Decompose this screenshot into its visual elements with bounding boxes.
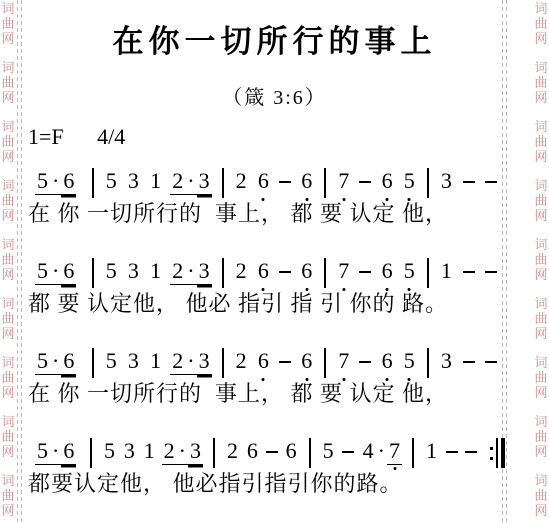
beamed-group: 2·3 xyxy=(170,171,211,195)
watermark-char: 网 xyxy=(534,32,547,45)
watermark-char: 曲 xyxy=(1,194,14,207)
measure: 3 xyxy=(432,351,505,375)
music-note: 3 xyxy=(197,261,212,285)
low-octave-dot xyxy=(393,467,396,470)
music-line: 5·65312·326654·71 xyxy=(28,433,505,465)
left-dashed-border-outer xyxy=(17,0,18,524)
low-octave-dot xyxy=(386,378,389,381)
measure: 1 xyxy=(432,261,505,285)
system: 5·65312·32667653在 你 一切所行的 事上， 都 要 认定 他， xyxy=(28,343,505,433)
watermark-char: 曲 xyxy=(1,430,14,443)
watermark-char: 曲 xyxy=(1,17,14,30)
watermark-char: 曲 xyxy=(1,371,14,384)
low-octave-dot xyxy=(262,198,265,201)
music-note: 5 xyxy=(35,351,50,375)
music-note: 5 xyxy=(402,261,417,285)
watermark-char: 词 xyxy=(534,415,547,428)
music-note: 5 xyxy=(35,441,50,465)
watermark-char: 曲 xyxy=(1,253,14,266)
systems: 5·65312·32667653在 你 一切所行的 事上， 都 要 认定 他，5… xyxy=(28,163,505,523)
barline xyxy=(222,348,224,378)
low-octave-dot xyxy=(386,288,389,291)
music-note: 5 xyxy=(102,441,117,465)
music-note: 1 xyxy=(439,261,454,285)
watermark-char: 网 xyxy=(534,504,547,517)
thin-barline xyxy=(496,438,498,468)
thick-barline xyxy=(501,438,505,468)
music-note: 1 xyxy=(148,171,163,195)
low-octave-dot xyxy=(342,198,345,201)
song-title: 在你一切所行的事上 xyxy=(0,16,549,61)
music-note: 6 xyxy=(61,441,76,465)
barline xyxy=(222,258,224,288)
measure: 765 xyxy=(329,171,424,195)
music-note: 6 xyxy=(61,171,76,195)
music-line: 5·65312·32667653 xyxy=(28,163,505,195)
barline xyxy=(92,348,94,378)
key-time-row: 1=F 4/4 xyxy=(28,124,549,150)
music-note: 2 xyxy=(170,171,185,195)
watermark-char: 词 xyxy=(1,2,14,15)
music-note: 6 xyxy=(299,351,314,375)
low-octave-dot xyxy=(305,198,308,201)
watermark-char: 词 xyxy=(534,356,547,369)
left-dashed-border-inner xyxy=(21,0,22,524)
repeat-dots xyxy=(490,447,493,460)
low-octave-dot xyxy=(408,378,411,381)
right-dashed-border-outer xyxy=(506,0,507,524)
music-note: 6 xyxy=(61,351,76,375)
repeat-end-barline xyxy=(490,438,505,468)
watermark-char: 网 xyxy=(1,209,14,222)
sustain-dash xyxy=(484,351,498,375)
music-note: 6 xyxy=(256,351,271,375)
rhythm-dot: · xyxy=(177,441,188,465)
music-note: 5 xyxy=(321,441,336,465)
barline xyxy=(427,348,429,378)
rhythm-dot: · xyxy=(185,351,196,375)
music-note: 3 xyxy=(126,261,141,285)
music-note: 7 xyxy=(387,441,402,465)
music-note: 6 xyxy=(380,261,395,285)
sustain-dash xyxy=(462,171,476,195)
measure: 5312·3 xyxy=(97,171,219,195)
beamed-group: 2·3 xyxy=(162,441,203,465)
watermark-char: 曲 xyxy=(534,489,547,502)
measure: 266 xyxy=(227,261,322,285)
music-note: 5 xyxy=(104,171,119,195)
watermark-char: 词 xyxy=(1,238,14,251)
barline xyxy=(92,258,94,288)
measure: 765 xyxy=(329,261,424,285)
lyric-line: 在 你 一切所行的 事上， 都 要 认定 他， xyxy=(28,202,505,226)
watermark-char: 曲 xyxy=(534,76,547,89)
music-note: 7 xyxy=(336,171,351,195)
measure: 1 xyxy=(417,441,485,465)
watermark-char: 曲 xyxy=(1,312,14,325)
music-note: 6 xyxy=(380,171,395,195)
low-octave-dot xyxy=(342,378,345,381)
measure: 54·7 xyxy=(314,441,409,465)
watermark-char: 网 xyxy=(534,268,547,281)
music-note: 1 xyxy=(148,351,163,375)
system: 5·65312·326654·71都要认定他， 他必指引指引你的路。 xyxy=(28,433,505,523)
measure: 266 xyxy=(227,351,322,375)
watermark-char: 词 xyxy=(1,297,14,310)
barline xyxy=(324,258,326,288)
sustain-dash xyxy=(464,441,478,465)
watermark-char: 词 xyxy=(534,2,547,15)
music-note: 6 xyxy=(61,261,76,285)
music-note: 7 xyxy=(336,261,351,285)
beamed-group: 4·7 xyxy=(361,441,402,465)
music-note: 1 xyxy=(148,261,163,285)
music-note: 2 xyxy=(162,441,177,465)
watermark-char: 网 xyxy=(1,386,14,399)
music-note: 5 xyxy=(104,351,119,375)
watermark-char: 网 xyxy=(534,327,547,340)
beamed-group: 5·6 xyxy=(35,171,76,195)
watermark-char: 曲 xyxy=(534,430,547,443)
measure: 266 xyxy=(218,441,306,465)
lyric-line: 都 要 认定他， 他必 指引 指 引 你的 路。 xyxy=(28,292,505,316)
sheet-music-page: 词曲网词曲网词曲网词曲网词曲网词曲网词曲网词曲网词曲网 词曲网词曲网词曲网词曲网… xyxy=(0,0,549,524)
music-note: 4 xyxy=(361,441,376,465)
music-note: 3 xyxy=(197,171,212,195)
watermark-char: 词 xyxy=(534,120,547,133)
barline xyxy=(309,438,311,468)
music-note: 1 xyxy=(424,441,439,465)
sustain-dash xyxy=(358,261,372,285)
watermark-char: 曲 xyxy=(1,135,14,148)
rhythm-dot: · xyxy=(50,351,61,375)
watermark-char: 曲 xyxy=(1,76,14,89)
system: 5·65312·32667651都 要 认定他， 他必 指引 指 引 你的 路。 xyxy=(28,253,505,343)
music-note: 2 xyxy=(234,351,249,375)
barline xyxy=(427,168,429,198)
measure: 5312·3 xyxy=(97,261,219,285)
watermark-char: 词 xyxy=(1,120,14,133)
watermark-char: 网 xyxy=(1,91,14,104)
sustain-dash xyxy=(462,351,476,375)
barline xyxy=(412,438,414,468)
music-note: 5 xyxy=(104,261,119,285)
music-note: 3 xyxy=(197,351,212,375)
beamed-group: 5·6 xyxy=(35,351,76,375)
watermark-char: 词 xyxy=(534,297,547,310)
music-note: 2 xyxy=(234,171,249,195)
watermark-char: 曲 xyxy=(534,253,547,266)
watermark-char: 网 xyxy=(1,445,14,458)
watermark-left: 词曲网词曲网词曲网词曲网词曲网词曲网词曲网词曲网词曲网 xyxy=(0,0,16,524)
sustain-dash xyxy=(484,261,498,285)
watermark-char: 曲 xyxy=(1,489,14,502)
music-line: 5·65312·32667653 xyxy=(28,343,505,375)
low-octave-dot xyxy=(305,288,308,291)
watermark-char: 曲 xyxy=(534,371,547,384)
music-note: 5 xyxy=(35,261,50,285)
watermark-char: 网 xyxy=(1,32,14,45)
low-octave-dot xyxy=(262,288,265,291)
watermark-char: 曲 xyxy=(534,312,547,325)
music-note: 2 xyxy=(225,441,240,465)
watermark-char: 词 xyxy=(1,415,14,428)
low-octave-dot xyxy=(342,288,345,291)
music-note: 6 xyxy=(299,261,314,285)
rhythm-dot: · xyxy=(50,441,61,465)
low-octave-dot xyxy=(408,288,411,291)
watermark-char: 词 xyxy=(1,61,14,74)
music-note: 3 xyxy=(439,351,454,375)
music-note: 3 xyxy=(126,351,141,375)
watermark-char: 网 xyxy=(1,150,14,163)
rhythm-dot: · xyxy=(185,171,196,195)
watermark-char: 曲 xyxy=(534,17,547,30)
sustain-dash xyxy=(278,171,292,195)
music-note: 2 xyxy=(170,261,185,285)
sustain-dash xyxy=(278,351,292,375)
sustain-dash xyxy=(462,261,476,285)
barline xyxy=(324,348,326,378)
measure: 5·6 xyxy=(28,261,89,285)
music-note: 5 xyxy=(402,171,417,195)
beamed-group: 5·6 xyxy=(35,261,76,285)
barline xyxy=(90,438,92,468)
beamed-group: 2·3 xyxy=(170,351,211,375)
watermark-char: 网 xyxy=(534,150,547,163)
music-note: 5 xyxy=(35,171,50,195)
music-note: 6 xyxy=(245,441,260,465)
key-signature: 1=F xyxy=(28,124,64,149)
watermark-char: 网 xyxy=(1,504,14,517)
watermark-char: 网 xyxy=(534,209,547,222)
beamed-group: 2·3 xyxy=(170,261,211,285)
sustain-dash xyxy=(445,441,459,465)
watermark-char: 网 xyxy=(534,91,547,104)
barline xyxy=(222,168,224,198)
measure: 5312·3 xyxy=(95,441,210,465)
watermark-char: 网 xyxy=(1,268,14,281)
low-octave-dot xyxy=(408,198,411,201)
low-octave-dot xyxy=(386,198,389,201)
measure: 266 xyxy=(227,171,322,195)
measure: 5312·3 xyxy=(97,351,219,375)
sustain-dash xyxy=(358,351,372,375)
watermark-right: 词曲网词曲网词曲网词曲网词曲网词曲网词曲网词曲网词曲网 xyxy=(533,0,549,524)
measure: 5·6 xyxy=(28,441,87,465)
barline xyxy=(427,258,429,288)
lyric-line: 在 你 一切所行的 事上， 都 要 认定 他， xyxy=(28,382,505,406)
music-note: 6 xyxy=(284,441,299,465)
music-note: 5 xyxy=(402,351,417,375)
barline xyxy=(324,168,326,198)
low-octave-dot xyxy=(305,378,308,381)
sustain-dash xyxy=(278,261,292,285)
watermark-char: 词 xyxy=(534,61,547,74)
rhythm-dot: · xyxy=(50,171,61,195)
watermark-char: 词 xyxy=(534,474,547,487)
sustain-dash xyxy=(341,441,355,465)
music-note: 3 xyxy=(188,441,203,465)
watermark-char: 网 xyxy=(534,386,547,399)
music-note: 7 xyxy=(336,351,351,375)
watermark-char: 网 xyxy=(534,445,547,458)
watermark-char: 曲 xyxy=(534,135,547,148)
rhythm-dot: · xyxy=(50,261,61,285)
music-note: 3 xyxy=(439,171,454,195)
music-note: 6 xyxy=(256,171,271,195)
beamed-group: 5·6 xyxy=(35,441,76,465)
music-note: 3 xyxy=(122,441,137,465)
rhythm-dot: · xyxy=(376,441,387,465)
barline xyxy=(213,438,215,468)
watermark-char: 词 xyxy=(534,179,547,192)
watermark-char: 曲 xyxy=(534,194,547,207)
watermark-char: 网 xyxy=(1,327,14,340)
music-note: 1 xyxy=(142,441,157,465)
watermark-char: 词 xyxy=(1,474,14,487)
time-signature: 4/4 xyxy=(97,124,125,149)
music-note: 3 xyxy=(126,171,141,195)
low-octave-dot xyxy=(262,378,265,381)
measure: 765 xyxy=(329,351,424,375)
music-note: 2 xyxy=(234,261,249,285)
watermark-char: 词 xyxy=(1,356,14,369)
scripture-reference: （箴 3:6） xyxy=(0,81,549,110)
watermark-char: 词 xyxy=(534,238,547,251)
music-note: 2 xyxy=(170,351,185,375)
music-note: 6 xyxy=(380,351,395,375)
measure: 5·6 xyxy=(28,171,89,195)
sustain-dash xyxy=(265,441,279,465)
music-note: 6 xyxy=(299,171,314,195)
measure: 3 xyxy=(432,171,505,195)
lyric-line: 都要认定他， 他必指引指引你的路。 xyxy=(28,472,505,496)
music-note: 6 xyxy=(256,261,271,285)
barline xyxy=(92,168,94,198)
sustain-dash xyxy=(358,171,372,195)
rhythm-dot: · xyxy=(185,261,196,285)
watermark-char: 词 xyxy=(1,179,14,192)
measure: 5·6 xyxy=(28,351,89,375)
music-line: 5·65312·32667651 xyxy=(28,253,505,285)
sustain-dash xyxy=(484,171,498,195)
system: 5·65312·32667653在 你 一切所行的 事上， 都 要 认定 他， xyxy=(28,163,505,253)
